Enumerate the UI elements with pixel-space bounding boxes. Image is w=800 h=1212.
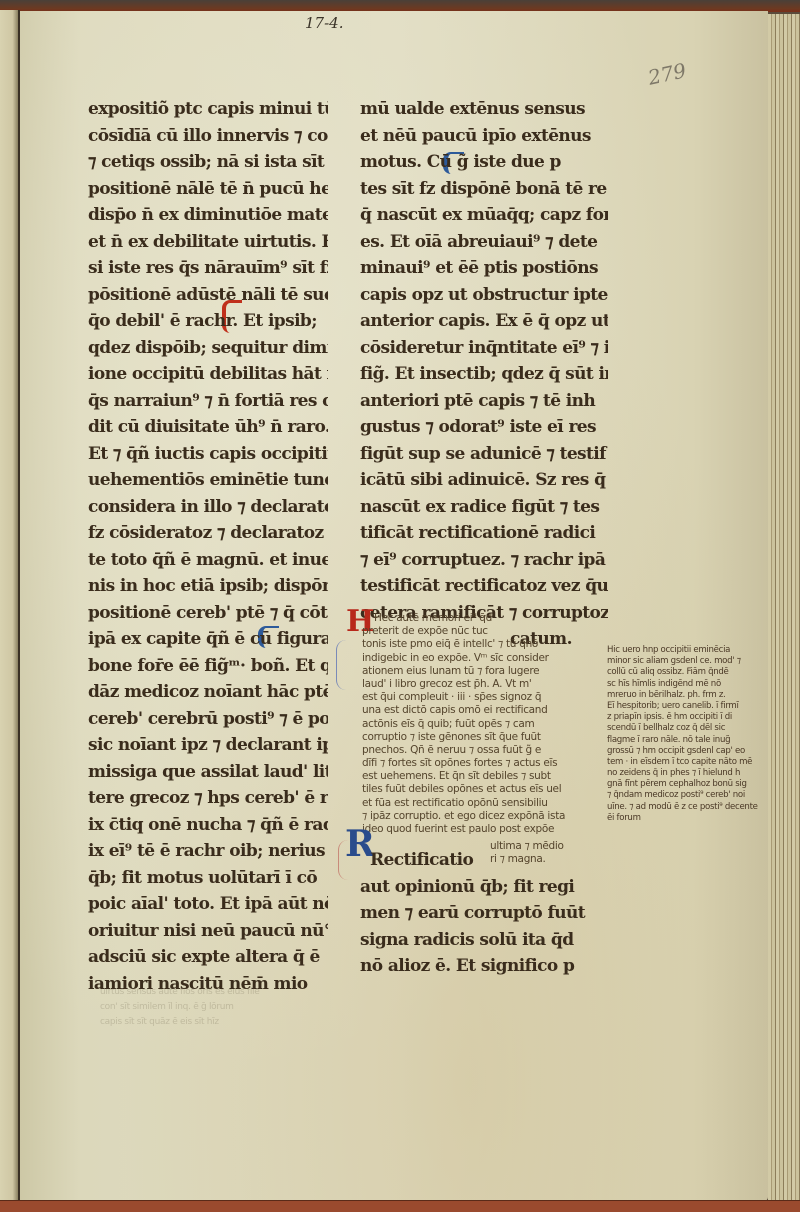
text-line: gustus ⁊ odorat⁹ iste eī res bbox=[360, 414, 608, 441]
gloss-line: est q̄ui compleuit · iii · sp̄es signoz … bbox=[362, 691, 606, 704]
text-line: Rectificatio bbox=[360, 847, 480, 874]
marginal-annotation: Hic uero hnp occipitii eminēcia minor si… bbox=[607, 645, 767, 824]
margin-line: tem · in eīsdem ī tco capite nāto mē bbox=[607, 757, 767, 768]
margin-line: z priapīn ipsis. ē hm occipiti ī di bbox=[607, 712, 767, 723]
bleed-through-text: uirtus sensus autē flos oris ēs eius fīl… bbox=[100, 985, 310, 1030]
text-line: tificāt rectificationē radici bbox=[360, 520, 608, 547]
text-line: bone for̄e ēē fig̃ᵐ· boñ. Et q bbox=[88, 653, 328, 680]
text-line: expositiõ ptc capis minui tūc bbox=[88, 96, 328, 123]
text-line: si iste res q̄s nārauīm⁹ sīt fz dis bbox=[88, 255, 328, 282]
text-line: positionē nālē tē n̄ pucū hec bbox=[88, 176, 328, 203]
text-line: nis in hoc etiā ipsib; dispōnib; bbox=[88, 573, 328, 600]
left-text-column: expositiõ ptc capis minui tūc cōsīdīā cū… bbox=[88, 96, 328, 997]
text-line: fig̃. Et insectib; qdez q̄ sūt in bbox=[360, 361, 608, 388]
gloss-line: pnechos. Qn̄ ē neruu ⁊ ossa fuūt g̃ e bbox=[362, 744, 606, 757]
text-line: testificāt rectificatoz vez q̄ue bbox=[360, 573, 608, 600]
margin-line: scendū ī bellhalz coz q̄ dēl sic bbox=[607, 723, 767, 734]
text-line: ⁊ cetiqs ossib; nā si ista sīt fz dī bbox=[88, 149, 328, 176]
text-line: fz cōsideratoz ⁊ declaratoz icapi bbox=[88, 520, 328, 547]
gloss-line: ideo quod fuerint est paulo post expōe bbox=[362, 823, 606, 836]
margin-line: mreruo in bērilhalz. ph. frm z. bbox=[607, 690, 767, 701]
gloss-line: actōnis eīs q̄ quib; fuūt opēs ⁊ cam bbox=[362, 718, 606, 731]
text-line: cereb' cerebrū posti⁹ ⁊ ē posti⁹ bbox=[88, 706, 328, 733]
gloss-line: tonis iste pmo eiq̄ ē intellc' ⁊ tū q̄nō bbox=[362, 638, 606, 651]
text-line: adsciū sic expte altera q̄ ē bbox=[88, 944, 328, 971]
gloss-line: tiles fuūt debiles opōnes et actus eīs u… bbox=[362, 783, 606, 796]
text-line: ⁊ eī⁹ corruptuez. ⁊ rachr ipā bbox=[360, 547, 608, 574]
margin-line: minor sic aliam gsdenl ce. mod' ⁊ bbox=[607, 656, 767, 667]
text-line: q̄ nascūt ex mūaq̄q; capz fort bbox=[360, 202, 608, 229]
commentary-gloss: Hec autē memori ei⁹ q̄d preterit de expō… bbox=[374, 612, 606, 836]
text-line: sic noīant ipz ⁊ declarant ipm bbox=[88, 732, 328, 759]
gloss-line: corruptio ⁊ iste gēnones sīt q̄ue fuūt bbox=[362, 731, 606, 744]
text-line: poic aīal' toto. Et ipā aūt nō bbox=[88, 891, 328, 918]
text-line: minaui⁹ et ēē ptis postiōns bbox=[360, 255, 608, 282]
margin-line: Hic uero hnp occipitii eminēcia bbox=[607, 645, 767, 656]
text-line: ione occipitū debilitas hāt rē bbox=[88, 361, 328, 388]
text-line: ix eī⁹ tē ē rachr oib; nerius bbox=[88, 838, 328, 865]
text-line: disp̄o n̄ ex diminutiōe materie bbox=[88, 202, 328, 229]
gloss-line: est uehemens. Et q̄n sīt debiles ⁊ subt bbox=[362, 770, 606, 783]
text-line: et n̄ ex debilitate uirtutis. Et bbox=[88, 229, 328, 256]
text-line: figūt sup se adunicē ⁊ testif bbox=[360, 441, 608, 468]
margin-line: no zeidens q̄ in phes ⁊ ī hielund h bbox=[607, 768, 767, 779]
text-line: q̄b; fit motus uolūtarī ī cō bbox=[88, 865, 328, 892]
text-line: mū ualde extēnus sensus bbox=[360, 96, 608, 123]
text-line: motus. Cū g̃ iste due p bbox=[360, 149, 608, 176]
gloss-line: Hec autē memori ei⁹ q̄d bbox=[374, 612, 504, 625]
text-line: nascūt ex radice figūt ⁊ tes bbox=[360, 494, 608, 521]
margin-line: ēi forum bbox=[607, 813, 767, 824]
gloss-line: ⁊ ipāz corruptio. et ego dicez expōnā is… bbox=[362, 810, 606, 823]
text-line: cōsīdīā cū illo innervis ⁊ collo bbox=[88, 123, 328, 150]
gloss-line: ationem eius lunam tū ⁊ fora lugere bbox=[362, 665, 606, 678]
text-line: capis opz ut obstructur ipte bbox=[360, 282, 608, 309]
margin-line: uīne. ⁊ ad modū ē z ce posti⁹ decente bbox=[607, 802, 767, 813]
right-text-column-lower: Rectificatio aut opinionū q̄b; fit regi … bbox=[360, 847, 608, 980]
text-line: te toto q̄ñ ē magnū. et inue bbox=[88, 547, 328, 574]
gloss-line: laud' i libro grecoz est p̄h. A. Vt m' bbox=[362, 678, 606, 691]
text-line: ix c̄tiq onē nucha ⁊ q̄ñ ē rad bbox=[88, 812, 328, 839]
margin-line: sc hīs hīmlis indigēnd mē nō bbox=[607, 679, 767, 690]
text-line: tere grecoz ⁊ hps cereb' ē rad bbox=[88, 785, 328, 812]
margin-line: flagme ī raro nāle. nō tale inug̃ bbox=[607, 735, 767, 746]
text-line: q̄o debil' ē rachr. Et ipsib; bbox=[88, 308, 328, 335]
text-line: signa radicis solū ita q̄d bbox=[360, 927, 608, 954]
gloss-line: preterit de expōe nūc tuc bbox=[362, 625, 606, 638]
margin-line: ⁊ q̄ndam medicoz posti⁹ cereb' noi bbox=[607, 790, 767, 801]
text-line: es. Et oīā abreuiaui⁹ ⁊ dete bbox=[360, 229, 608, 256]
text-line: q̄s narraiun⁹ ⁊ n̄ fortiā res ca bbox=[88, 388, 328, 415]
bleed-line: uirtus sensus autē flos oris ēs eius fīl… bbox=[100, 985, 310, 1000]
text-line: anteriori ptē capis ⁊ tē inh bbox=[360, 388, 608, 415]
gloss-line: dīfi ⁊ fortes sīt opōnes fortes ⁊ actus … bbox=[362, 757, 606, 770]
text-line: Et ⁊ q̄ñ iuctis capis occipitiū bbox=[88, 441, 328, 468]
gloss-line: et fūa est rectificatio opōnū sensibiliu bbox=[362, 797, 606, 810]
right-text-column: mū ualde extēnus sensus et nēū paucū ipī… bbox=[360, 96, 608, 653]
page-edges-stack bbox=[768, 14, 800, 1204]
text-line: men ⁊ earū corruptō fuūt bbox=[360, 900, 608, 927]
bleed-line: capis sīt sīt quāz ē eis sīt hīz bbox=[100, 1015, 310, 1030]
margin-line: collū cū aliq ossibz. Fiām q̄ndē bbox=[607, 667, 767, 678]
text-line: ipā ex capite q̄ñ ē cū figura bbox=[88, 626, 328, 653]
text-line: uehementiōs eminētie tunc bbox=[88, 467, 328, 494]
text-line: tes sīt fz dispōnē bonā tē re bbox=[360, 176, 608, 203]
text-line: icātū sibi adinuicē. Sz res q̄ bbox=[360, 467, 608, 494]
text-line: nō alioz ē. Et significo p bbox=[360, 953, 608, 980]
text-line: positionē cereb' ptē ⁊ q̄ cōtinet bbox=[88, 600, 328, 627]
text-line: qdez dispōib; sequitur diminut bbox=[88, 335, 328, 362]
gloss-line: una est dictō capis omō ei rectificand bbox=[362, 704, 606, 717]
text-line: cōsideretur inq̄ntitate eī⁹ ⁊ ipī bbox=[360, 335, 608, 362]
margin-line: Eī hespitorib; uero canelib. ī firmī bbox=[607, 701, 767, 712]
margin-line: gnā fīnt pērem cephalhoz bonū sig bbox=[607, 779, 767, 790]
text-line: dit cū diuisitate ūh⁹ n̄ raro. bbox=[88, 414, 328, 441]
text-line: considera in illo ⁊ declarato eiu' bbox=[88, 494, 328, 521]
penwork-flourish bbox=[336, 640, 353, 690]
text-line: missiga que assilat laud' lit bbox=[88, 759, 328, 786]
gloss-line: indigebic in eo expōe. Vᵐ sīc consider bbox=[362, 652, 606, 665]
text-line: dāz medicoz noīant hāc ptē bbox=[88, 679, 328, 706]
margin-line: grossū ⁊ hm occipit gsdenl cap' eo bbox=[607, 746, 767, 757]
bleed-line: con' sīt similem īl inq. ē ḡ lōrum bbox=[100, 1000, 310, 1015]
text-line: et nēū paucū ipīo extēnus bbox=[360, 123, 608, 150]
folio-top-note: 17-4. bbox=[305, 14, 343, 32]
text-line: pōsitionē adūstē nāli tē sues bbox=[88, 282, 328, 309]
book-binding-bottom bbox=[0, 1200, 800, 1212]
text-line: aut opinionū q̄b; fit regi bbox=[360, 874, 608, 901]
facing-page-edge bbox=[0, 10, 20, 1200]
text-line: anterior capis. Ex ē q̄ opz ut bbox=[360, 308, 608, 335]
text-line: oriuitur nisi neū paucū nū° bbox=[88, 918, 328, 945]
